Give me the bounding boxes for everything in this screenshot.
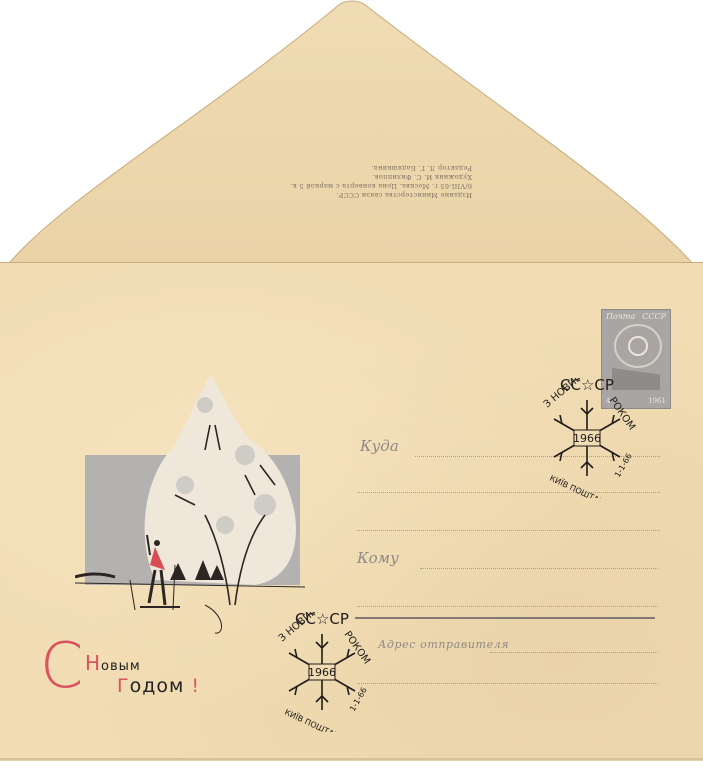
to-whom-line-1[interactable]	[420, 568, 658, 569]
svg-text:КИЇВ ПОШТАМТ: КИЇВ ПОШТАМТ	[548, 473, 611, 498]
state-emblem-icon	[614, 324, 662, 368]
publisher-imprint: Издание Министерства связи СССР. 6/VIII-…	[262, 163, 472, 199]
greeting-word-novym: овым	[101, 659, 141, 674]
svg-text:РОКОМ: РОКОМ	[607, 395, 638, 432]
svg-text:З НОВИМ: З НОВИМ	[277, 612, 321, 644]
svg-text:1966: 1966	[573, 432, 601, 445]
new-year-greeting: С Новым Годом !	[40, 635, 280, 710]
svg-text:РОКОМ: РОКОМ	[342, 629, 373, 666]
to-whom-label: Кому	[357, 549, 399, 567]
winter-skier-illustration	[75, 365, 305, 635]
svg-text:З НОВИМ: З НОВИМ	[542, 378, 586, 410]
greeting-word-godom: одом	[130, 675, 185, 697]
svg-text:КИЇВ ПОШТАМТ: КИЇВ ПОШТАМТ	[283, 707, 346, 732]
to-whom-line-2[interactable]	[357, 606, 658, 607]
to-where-line-3[interactable]	[357, 530, 660, 531]
stamp-label-country: СССР	[642, 312, 666, 321]
greeting-exclamation: !	[191, 675, 200, 697]
greeting-line-1: Новым	[85, 651, 141, 675]
greeting-letter-c: С	[40, 635, 83, 697]
postmark-1: 1966 СС☆СР З НОВИМ РОКОМ КИЇВ ПОШТАМТ 1-…	[527, 378, 647, 498]
svg-text:1966: 1966	[308, 666, 336, 679]
greeting-line-2: Годом !	[117, 675, 200, 697]
sender-line-2[interactable]	[357, 683, 658, 684]
postmark-2: 1966 СС☆СР З НОВИМ РОКОМ КИЇВ ПОШТАМТ 1-…	[262, 612, 382, 732]
greeting-letter-n: Н	[85, 651, 101, 675]
svg-text:1-1-66: 1-1-66	[613, 452, 634, 479]
envelope-flap	[0, 0, 703, 275]
imprint-line: Издание Министерства связи СССР.	[262, 190, 472, 199]
stamp-label-pochta: Почта	[606, 312, 635, 321]
stamp-year: 1961	[648, 397, 666, 405]
sender-line-1[interactable]	[490, 652, 658, 653]
imprint-line: 6/VIII-65 г. Москва. Цена конверта с мар…	[262, 181, 472, 190]
to-where-label: Куда	[360, 437, 399, 455]
greeting-letter-g: Г	[117, 675, 130, 697]
svg-text:1-1-66: 1-1-66	[348, 686, 369, 713]
imprint-line: Редактор Л. Г. Бадяшкина.	[262, 163, 472, 172]
sender-address-label: Адрес отправителя	[378, 638, 509, 651]
address-divider	[355, 617, 655, 619]
imprint-line: Художник И. С. Филиппов.	[262, 172, 472, 181]
